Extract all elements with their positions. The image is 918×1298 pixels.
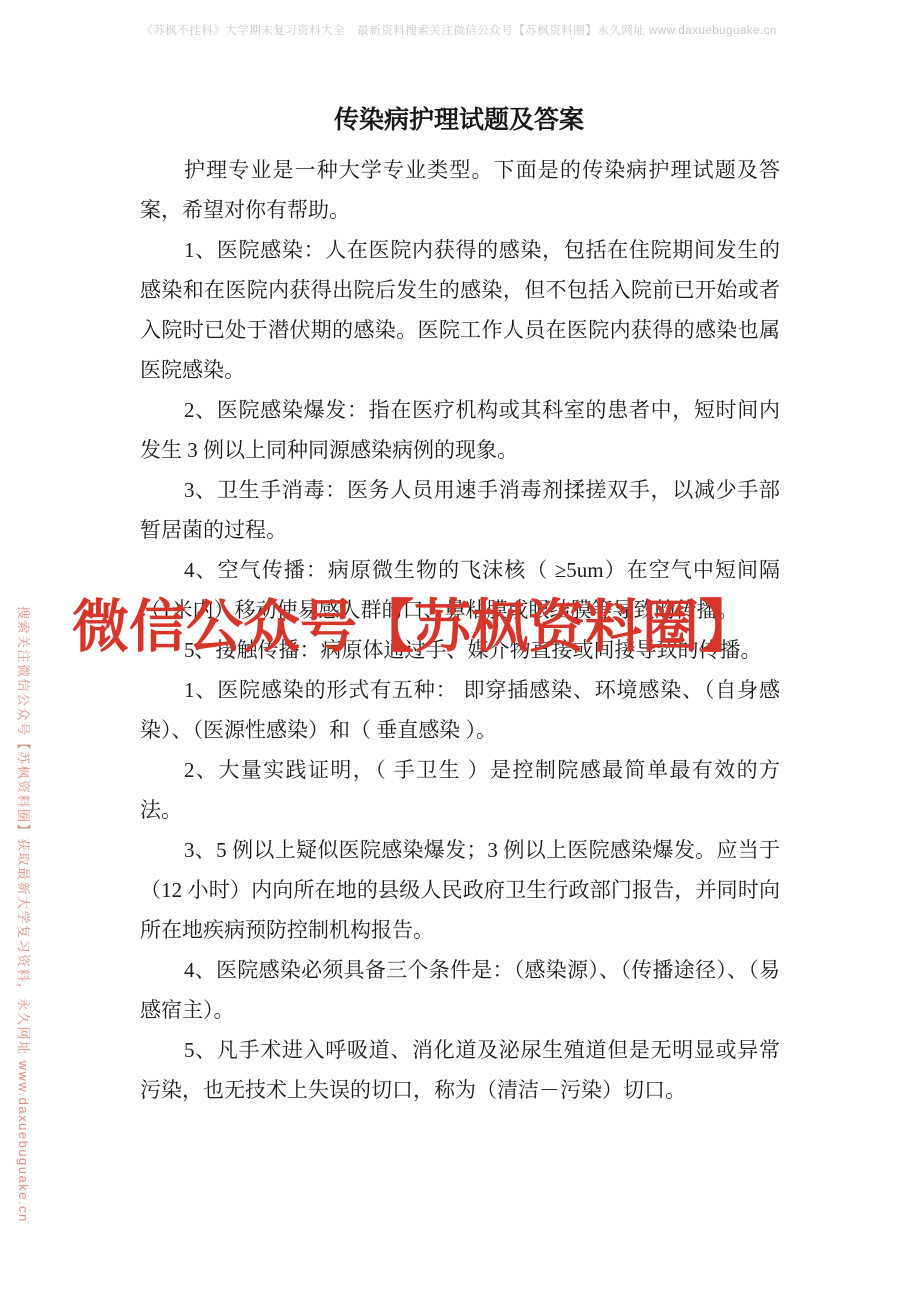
document-page: 《苏枫不挂科》大学期末复习资料大全 最新资料搜索关注微信公众号【苏枫资料圈】永久… <box>0 0 918 1298</box>
paragraph: 3、5 例以上疑似医院感染爆发；3 例以上医院感染爆发。应当于（12 小时）内向… <box>140 830 780 950</box>
header-watermark-text: 《苏枫不挂科》大学期末复习资料大全 最新资料搜索关注微信公众号【苏枫资料圈】永久… <box>0 22 918 38</box>
side-vertical-watermark: 搜索关注微信公众号【苏枫资料圈】获取最新大学复习资料，永久网址 www.daxu… <box>15 606 34 1223</box>
paragraph: 3、卫生手消毒：医务人员用速手消毒剂揉搓双手，以减少手部暂居菌的过程。 <box>140 470 780 550</box>
paragraph: 1、医院感染：人在医院内获得的感染，包括在住院期间发生的感染和在医院内获得出院后… <box>140 230 780 390</box>
document-body: 护理专业是一种大学专业类型。下面是的传染病护理试题及答案，希望对你有帮助。1、医… <box>140 150 780 1110</box>
paragraph: 4、医院感染必须具备三个条件是：（感染源）、（传播途径）、（易感宿主）。 <box>140 950 780 1030</box>
paragraph: 2、大量实践证明，（ 手卫生 ）是控制院感最简单最有效的方法。 <box>140 750 780 830</box>
paragraph: 5、凡手术进入呼吸道、消化道及泌尿生殖道但是无明显或异常污染，也无技术上失误的切… <box>140 1030 780 1110</box>
page-title: 传染病护理试题及答案 <box>0 100 918 136</box>
paragraph: 5、接触传播：病原体通过手、媒介物直接或间接导致的传播。 <box>140 630 780 670</box>
paragraph: 1、医院感染的形式有五种： 即穿插感染、环境感染、（自身感染）、（医源性感染）和… <box>140 670 780 750</box>
paragraph: 2、医院感染爆发：指在医疗机构或其科室的患者中，短时间内发生 3 例以上同种同源… <box>140 390 780 470</box>
paragraph: 4、空气传播：病原微生物的飞沫核（ ≥5um）在空气中短间隔（1米内）移动使易感… <box>140 550 780 630</box>
paragraph: 护理专业是一种大学专业类型。下面是的传染病护理试题及答案，希望对你有帮助。 <box>140 150 780 230</box>
